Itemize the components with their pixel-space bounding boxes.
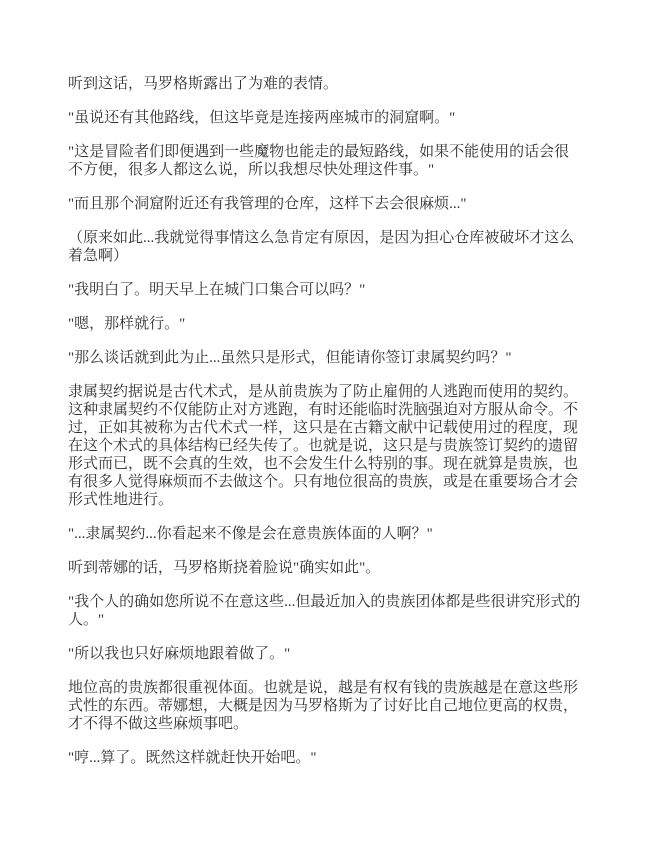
document-page: 听到这话，马罗格斯露出了为难的表情。 "虽说还有其他路线，但这毕竟是连接两座城市… (0, 0, 650, 850)
paragraph: "哼...算了。既然这样就赶快开始吧。" (68, 749, 584, 767)
paragraph: "嗯，那样就行。" (68, 315, 584, 333)
paragraph: 隶属契约据说是古代术式，是从前贵族为了防止雇佣的人逃跑而使用的契约。这种隶属契约… (68, 383, 584, 509)
paragraph: "...隶属契约...你看起来不像是会在意贵族体面的人啊？" (68, 525, 584, 543)
paragraph: "那么谈话就到此为止...虽然只是形式，但能请你签订隶属契约吗？" (68, 349, 584, 367)
paragraph: 地位高的贵族都很重视体面。也就是说，越是有权有钱的贵族越是在意这些形式性的东西。… (68, 679, 584, 733)
paragraph: （原来如此...我就觉得事情这么急肯定有原因，是因为担心仓库被破坏才这么着急啊） (68, 229, 584, 265)
document-body: 听到这话，马罗格斯露出了为难的表情。 "虽说还有其他路线，但这毕竟是连接两座城市… (68, 75, 584, 767)
paragraph: 听到这话，马罗格斯露出了为难的表情。 (68, 75, 584, 93)
paragraph: "这是冒险者们即便遇到一些魔物也能走的最短路线，如果不能使用的话会很不方便，很多… (68, 143, 584, 179)
paragraph: "我个人的确如您所说不在意这些...但最近加入的贵族团体都是些很讲究形式的人。" (68, 593, 584, 629)
paragraph: "虽说还有其他路线，但这毕竟是连接两座城市的洞窟啊。" (68, 109, 584, 127)
paragraph: "而且那个洞窟附近还有我管理的仓库，这样下去会很麻烦..." (68, 195, 584, 213)
paragraph: 听到蒂娜的话，马罗格斯挠着脸说"确实如此"。 (68, 559, 584, 577)
paragraph: "我明白了。明天早上在城门口集合可以吗？" (68, 281, 584, 299)
paragraph: "所以我也只好麻烦地跟着做了。" (68, 645, 584, 663)
